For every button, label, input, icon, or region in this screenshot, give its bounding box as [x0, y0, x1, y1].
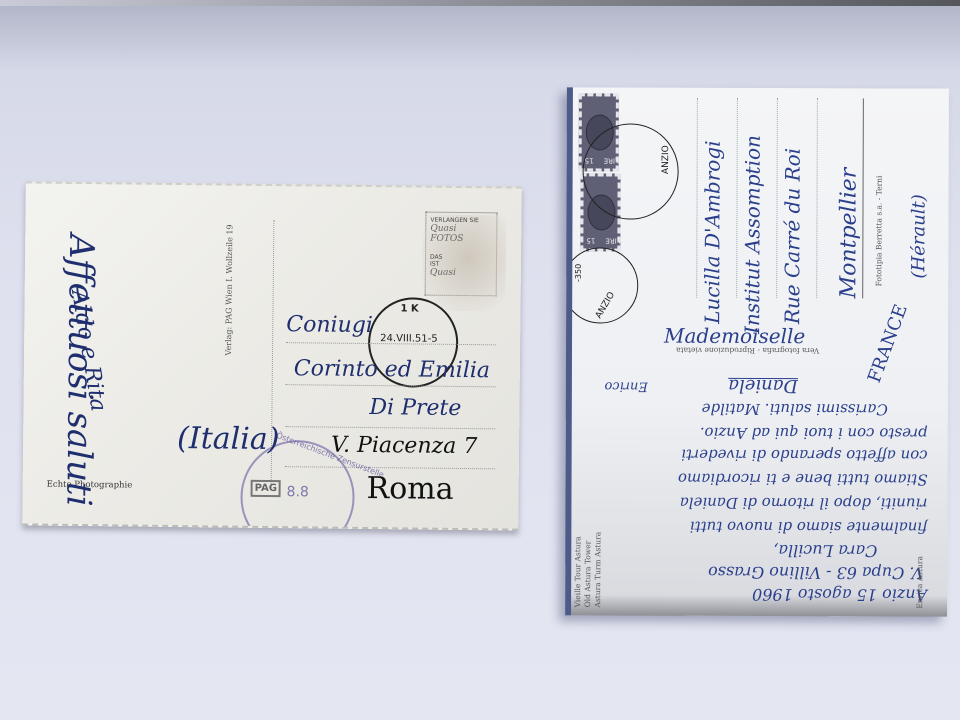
address-line-2: Lucilla D'Ambrogi	[700, 140, 725, 323]
postmark-number: -350	[574, 264, 583, 282]
publisher-imprint: Fototipia Berretta s.a. - Terni	[874, 176, 883, 287]
printed-side-text: Enrica Astura	[915, 556, 924, 609]
address-line-4: Rue Carré du Roi	[780, 148, 805, 324]
stamp-value: 15	[586, 236, 595, 244]
address-line	[816, 98, 818, 298]
right-postcard: 15 LIRE 15 LIRE ANZIO ANZIO -350 Mademoi…	[565, 87, 949, 616]
stamp-placeholder-box: VERLANGEN SIE Quasi FOTOS DAS IST Quasi	[425, 212, 498, 297]
address-region: (Hérault)	[908, 194, 929, 278]
address-city: Montpellier	[836, 168, 861, 299]
message-line: Carissimi saluti. Matilde	[702, 400, 888, 419]
handwritten-country: (Italia)	[177, 421, 280, 457]
pag-logo: PAG	[251, 480, 282, 497]
postmark-text: ANZIO	[661, 145, 671, 174]
message-date: Anzio 15 agosto 1960	[752, 585, 927, 605]
reproduction-notice: Vera fotografia - Riproduzione vietata	[676, 346, 819, 355]
address-line-3: Institut Assomption	[740, 135, 765, 334]
stamp-box-text: Quasi	[430, 268, 492, 279]
address-line-2: Corinto ed Emilia	[294, 356, 490, 383]
postmark: ANZIO	[582, 123, 678, 219]
postmark-text: ANZIO	[594, 291, 617, 321]
message-line: V. Cupa 63 - Villino Grasso	[708, 563, 923, 583]
censor-stamp-number: 8.8	[286, 484, 308, 500]
address-line-1: Coniugi	[286, 312, 373, 338]
stamp-currency: LIRE	[605, 236, 620, 244]
caption-line: Astura Turm Astura	[593, 532, 603, 608]
left-postcard: Verlag: PAG Wien I. Wollzeile 19 Echte P…	[22, 181, 522, 530]
postmark-top: 1 K	[400, 303, 418, 314]
stamp-box-text: Quasi FOTOS	[430, 224, 492, 245]
address-line-1: Mademoiselle	[664, 324, 805, 348]
address-line-4: V. Piacenza 7	[331, 433, 477, 460]
message-line: con affetto sperando di rivederti	[681, 446, 928, 465]
message-signature: Enrico	[605, 378, 648, 393]
publisher-line	[862, 98, 864, 298]
caption-line: Old Astura Tower	[583, 532, 593, 608]
address-line-5: Roma	[366, 471, 453, 507]
address-line	[285, 426, 495, 429]
message-line: presto con i tuoi qui ad Anzio.	[700, 424, 928, 443]
postmark: ANZIO -350	[565, 247, 638, 323]
publisher-imprint: Verlag: PAG Wien I. Wollzeile 19	[224, 224, 234, 355]
address-line-3: Di Prete	[369, 395, 461, 421]
message-signature: Daniela	[728, 375, 798, 396]
photo-caption: Vieille Tour Astura Old Astura Tower Ast…	[573, 532, 603, 608]
message-line: Cara Lucilla,	[773, 541, 877, 560]
message-line: Stiamo tutti bene e ti ricordiamo	[678, 470, 928, 489]
caption-line: Vieille Tour Astura	[573, 532, 583, 608]
address-line	[776, 98, 778, 298]
address-line	[736, 98, 738, 298]
address-line	[286, 384, 496, 387]
background-edge	[0, 0, 960, 6]
message-line: riuniti, dopo il ritorno di Daniela	[680, 494, 928, 513]
address-line	[696, 98, 698, 298]
message-line: finalmente siamo di nuovo tutti	[690, 518, 928, 537]
handwritten-message: Anzio 15 agosto 1960 V. Cupa 63 - Villin…	[597, 367, 938, 608]
